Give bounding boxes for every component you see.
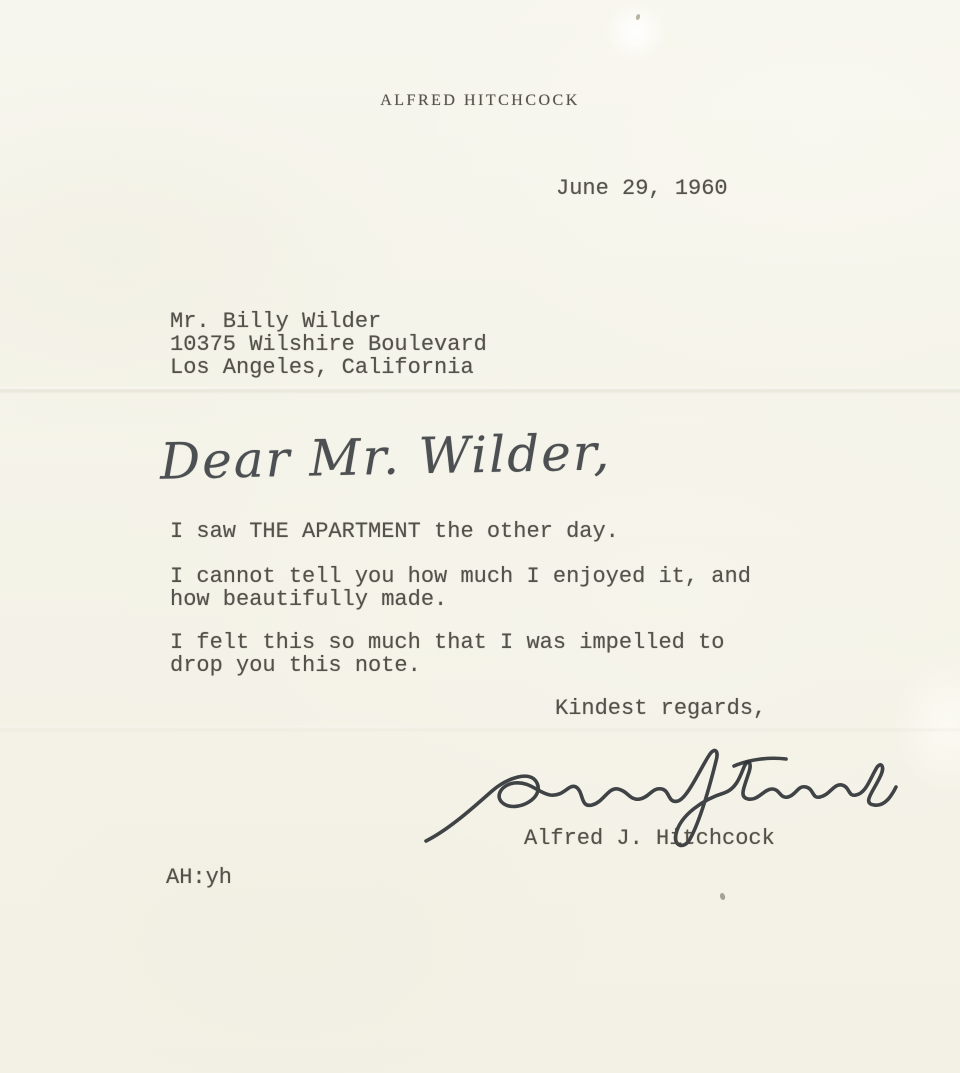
fold-crease-upper bbox=[0, 387, 960, 394]
fold-crease-lower bbox=[0, 726, 960, 733]
letter-scan: { "letter": { "letterhead": "ALFRED HITC… bbox=[0, 0, 960, 1073]
paper-hole-dot bbox=[635, 14, 641, 21]
recipient-address: Mr. Billy Wilder 10375 Wilshire Boulevar… bbox=[170, 310, 487, 379]
closing-line: Kindest regards, bbox=[555, 697, 766, 720]
body-paragraph-2: I cannot tell you how much I enjoyed it,… bbox=[170, 565, 751, 611]
salutation-handwritten: Dear Mr. Wilder, bbox=[159, 423, 611, 490]
recipient-street: 10375 Wilshire Boulevard bbox=[170, 333, 487, 356]
typist-initials: AH:yh bbox=[166, 866, 232, 889]
body-paragraph-2-line-1: I cannot tell you how much I enjoyed it,… bbox=[170, 565, 751, 588]
letterhead-name: ALFRED HITCHCOCK bbox=[0, 92, 960, 110]
body-paragraph-3-line-1: I felt this so much that I was impelled … bbox=[170, 631, 725, 654]
body-paragraph-1: I saw THE APARTMENT the other day. bbox=[170, 520, 619, 543]
recipient-name: Mr. Billy Wilder bbox=[170, 310, 487, 333]
body-paragraph-3-line-2: drop you this note. bbox=[170, 654, 725, 677]
ink-speck bbox=[719, 892, 726, 900]
body-paragraph-2-line-2: how beautifully made. bbox=[170, 588, 751, 611]
recipient-city: Los Angeles, California bbox=[170, 356, 487, 379]
date-line: June 29, 1960 bbox=[556, 177, 728, 200]
signature-typed-name: Alfred J. Hitchcock bbox=[524, 827, 775, 850]
body-paragraph-3: I felt this so much that I was impelled … bbox=[170, 631, 725, 677]
